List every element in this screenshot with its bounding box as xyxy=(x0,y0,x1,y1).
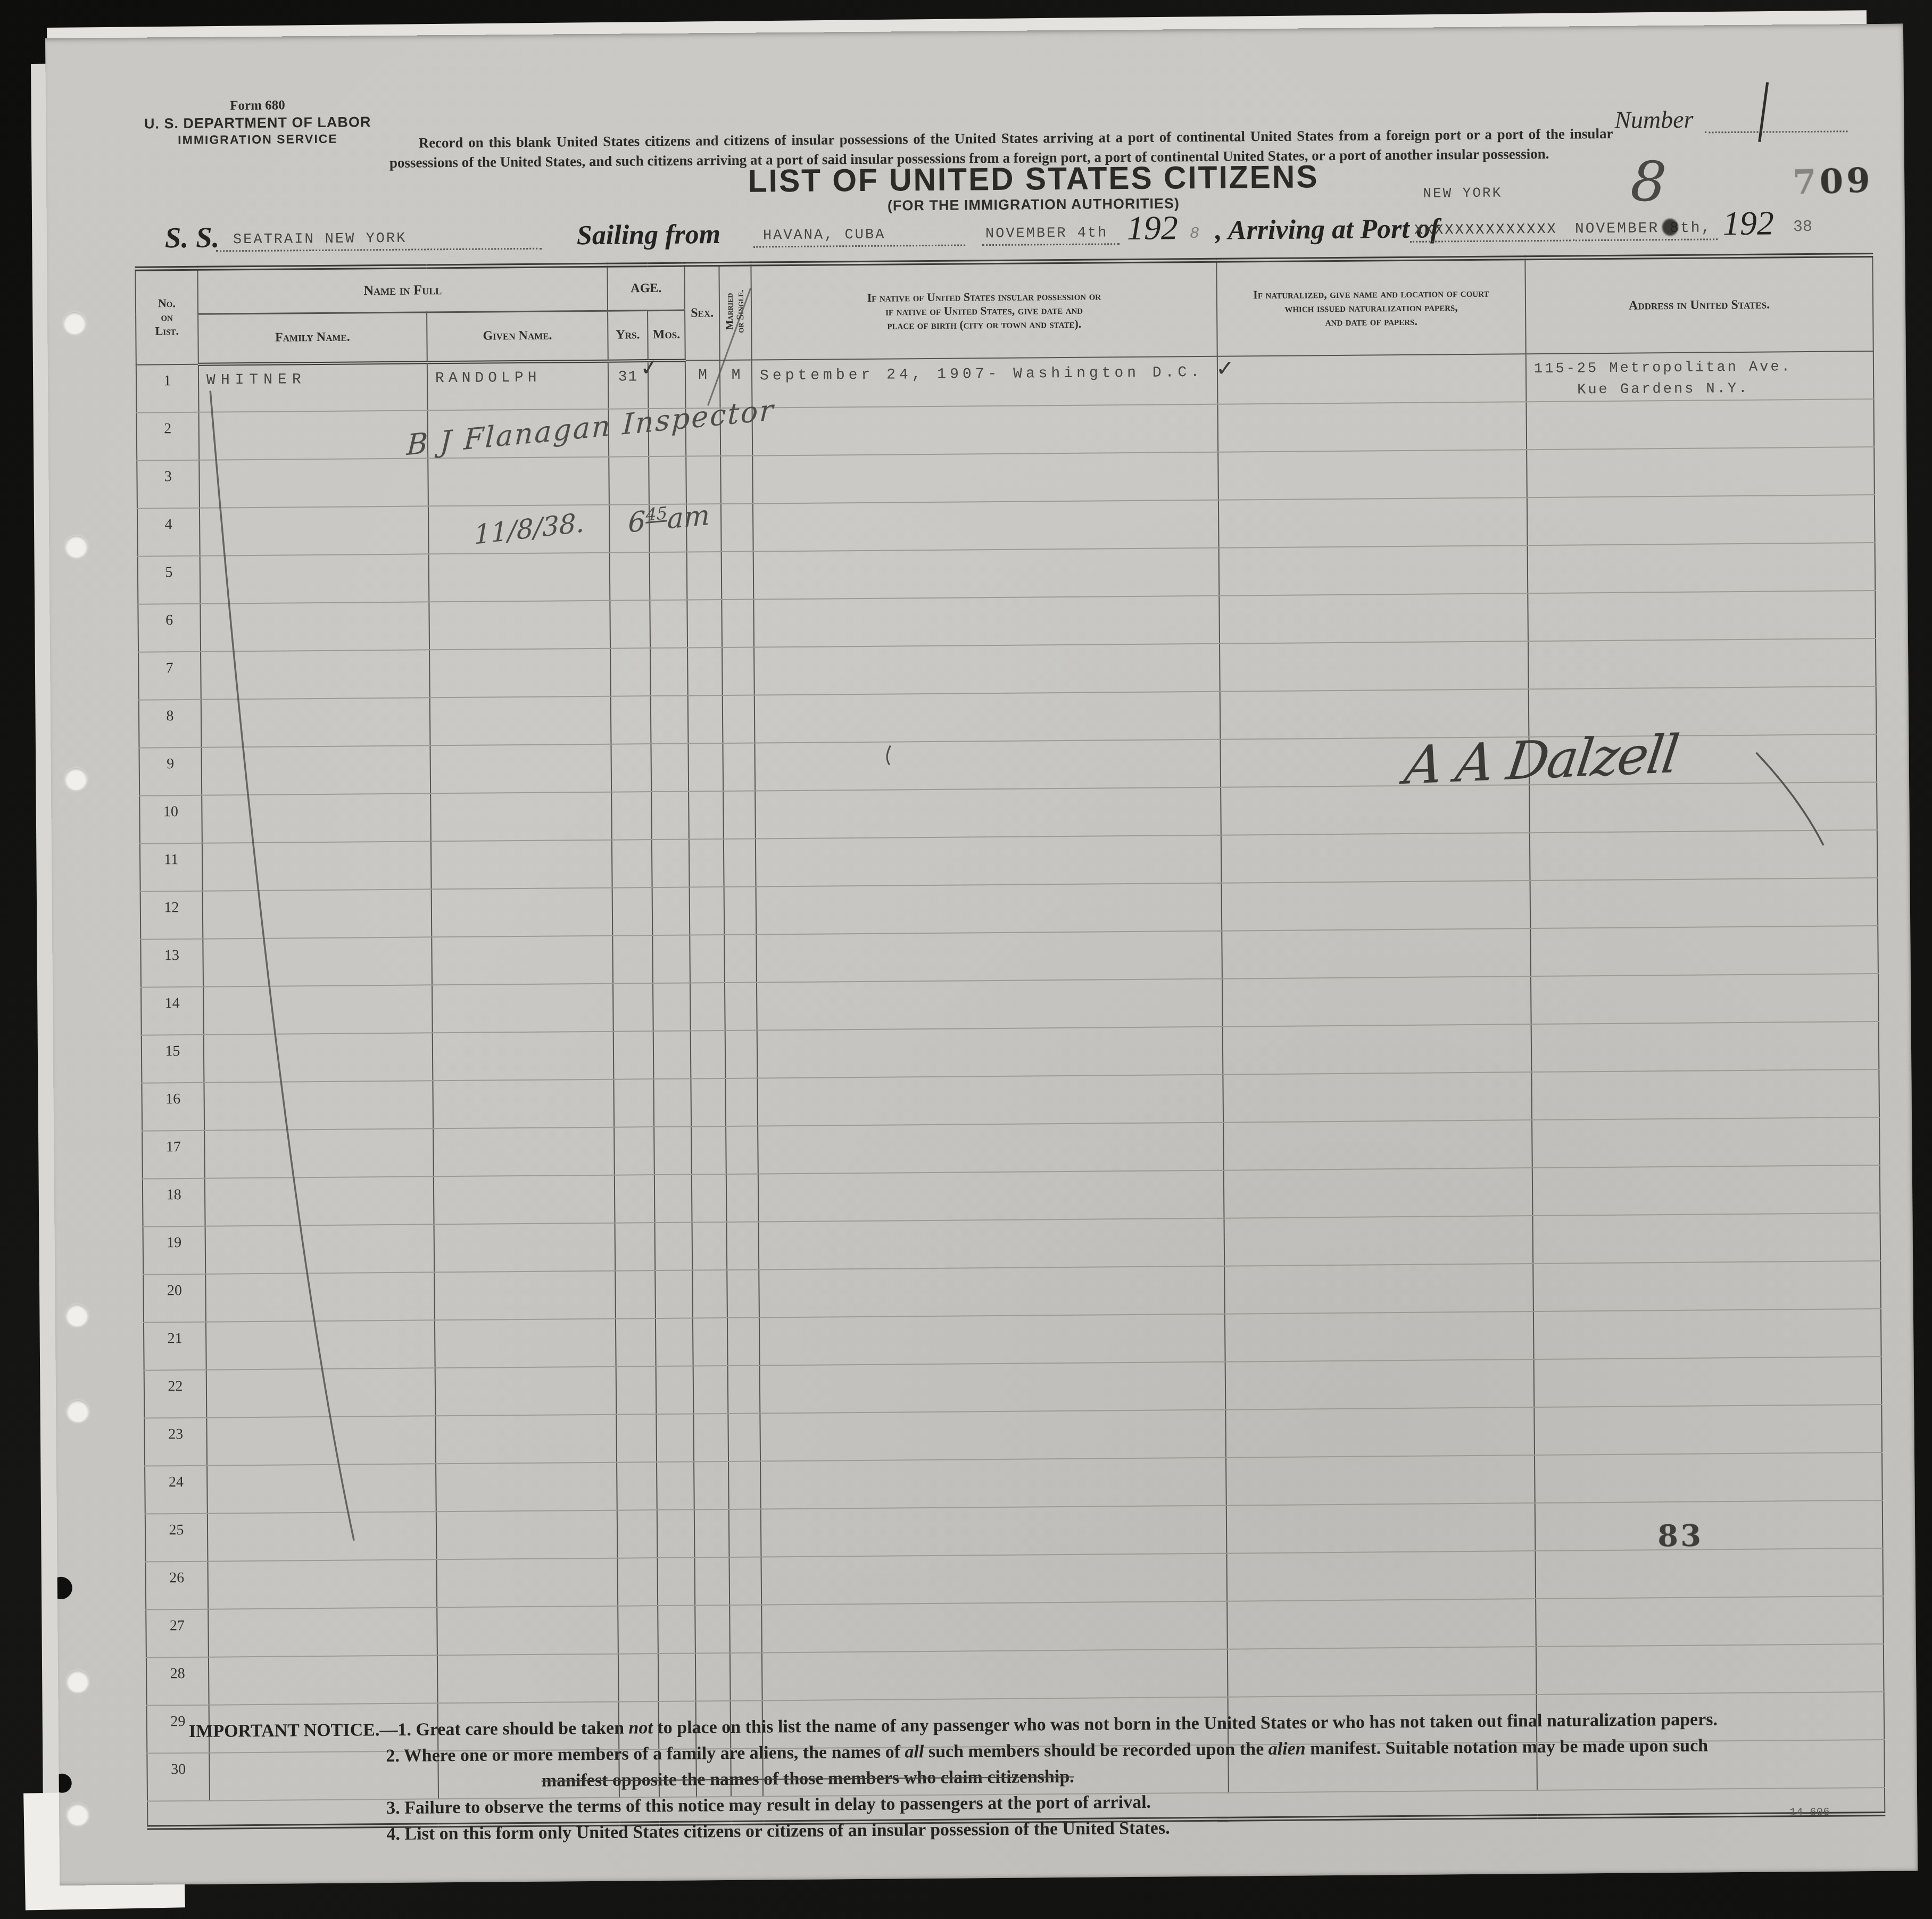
cell-given xyxy=(430,792,612,841)
cell-address xyxy=(1529,782,1877,833)
cell-yrs xyxy=(610,648,651,696)
arrival-date-line: NOVEMBER 8th, xyxy=(1573,211,1718,241)
header-family-name: Family Name. xyxy=(198,312,427,364)
cell-address xyxy=(1532,1117,1880,1167)
cell-sex xyxy=(694,1557,729,1605)
cell-sex xyxy=(692,1270,727,1318)
cell-no: 25 xyxy=(145,1513,208,1561)
cell-birth xyxy=(759,1314,1225,1365)
cell-family xyxy=(202,793,431,843)
cell-naturalization xyxy=(1227,1599,1536,1649)
cell-mos_mark xyxy=(650,647,688,696)
notice-text: 4. List on this form only United States … xyxy=(386,1818,1170,1845)
cell-no: 2 xyxy=(137,412,200,460)
cell-sex xyxy=(687,552,722,600)
cell-family xyxy=(204,1033,433,1082)
cell-yrs xyxy=(616,1414,657,1463)
cell-given xyxy=(429,552,610,602)
notice-text: manifest opposite the names of those mem… xyxy=(542,1767,1074,1791)
cell-mos_mark xyxy=(654,1126,692,1175)
cell-sex xyxy=(690,983,725,1031)
cell-married xyxy=(726,1174,759,1222)
cell-yrs xyxy=(612,887,653,936)
cell-address xyxy=(1536,1596,1884,1646)
cell-married xyxy=(725,1078,758,1126)
cell-family xyxy=(201,697,430,747)
cell-married xyxy=(725,1030,758,1078)
cell-address xyxy=(1531,1021,1879,1071)
cell-birth xyxy=(759,1266,1225,1317)
cell-mos_mark xyxy=(658,1605,695,1654)
cell-no: 5 xyxy=(138,555,201,604)
cell-naturalization xyxy=(1218,450,1527,500)
cell-no: 13 xyxy=(140,938,203,987)
cell-married xyxy=(722,551,754,599)
cell-given xyxy=(437,1654,619,1703)
cell-naturalization xyxy=(1217,402,1527,452)
cell-birth xyxy=(754,691,1221,743)
cell-married xyxy=(724,838,756,886)
cell-family xyxy=(202,841,432,891)
hole-punch xyxy=(67,1670,89,1692)
cell-address xyxy=(1535,1452,1883,1502)
page-title: LIST OF UNITED STATES CITIZENS xyxy=(681,157,1386,200)
hole-punch xyxy=(66,1304,88,1326)
cell-mos_mark xyxy=(651,695,689,744)
cell-given xyxy=(436,1462,617,1511)
cell-family xyxy=(199,410,428,460)
cell-sex xyxy=(691,1031,726,1079)
cell-yrs xyxy=(612,935,653,984)
cell-yrs xyxy=(611,744,651,792)
cell-given xyxy=(435,1366,617,1416)
cell-mos_mark xyxy=(649,456,686,504)
notice-text: 2. Where one or more members of a family… xyxy=(386,1742,905,1766)
cell-address xyxy=(1530,830,1878,880)
number-entry-line xyxy=(1705,108,1847,133)
cell-naturalization xyxy=(1225,1311,1534,1362)
cell-family xyxy=(206,1320,435,1369)
cell-mos_mark xyxy=(655,1222,693,1270)
cell-given xyxy=(436,1510,618,1559)
cell-birth xyxy=(756,883,1222,934)
inspection-time-hour: 6 xyxy=(628,505,646,539)
cell-naturalization xyxy=(1224,1168,1533,1218)
cell-mos_mark xyxy=(654,1174,692,1223)
cell-mos_mark xyxy=(652,839,690,887)
voyage-line: S. S. SEATRAIN NEW YORK Sailing from HAV… xyxy=(47,204,1888,259)
cell-given xyxy=(432,935,613,985)
arrival-date: NOVEMBER 8th, xyxy=(1575,220,1712,237)
cell-no: 17 xyxy=(142,1130,205,1178)
ss-label: S. S. xyxy=(165,220,220,254)
header-mos: Mos. xyxy=(648,310,685,361)
cell-yrs xyxy=(615,1270,656,1319)
cell-naturalization xyxy=(1218,497,1528,548)
cell-birth xyxy=(754,739,1221,791)
cell-no: 1 xyxy=(136,364,199,412)
cell-address xyxy=(1530,878,1878,928)
cell-married xyxy=(729,1557,761,1605)
cell-naturalization xyxy=(1219,593,1528,644)
passenger-table: No. on List. Name in Full AGE. Sex. Marr… xyxy=(135,253,1885,1830)
cell-naturalization xyxy=(1220,641,1529,692)
cell-given xyxy=(433,1127,615,1176)
cell-married xyxy=(726,1126,758,1174)
cell-given xyxy=(437,1606,618,1655)
cell-birth xyxy=(762,1649,1228,1700)
department-name: U. S. DEPARTMENT OF LABOR xyxy=(109,114,407,132)
cell-mos_mark xyxy=(651,743,689,792)
cell-no: 7 xyxy=(138,651,201,700)
cell-family xyxy=(208,1511,437,1561)
cell-birth xyxy=(754,643,1220,695)
header-name-in-full: Name in Full xyxy=(197,265,608,314)
header-no-on-list: No. on List. xyxy=(135,268,198,364)
stamp-digit-faded: 7 xyxy=(1792,162,1820,203)
cell-sex xyxy=(691,1078,726,1127)
cell-mos_mark xyxy=(653,1078,691,1127)
cell-mos_mark xyxy=(653,1031,691,1079)
cell-address xyxy=(1535,1500,1883,1550)
cell-birth xyxy=(759,1218,1225,1269)
cell-given xyxy=(436,1558,618,1607)
ship-name: SEATRAIN NEW YORK xyxy=(233,231,407,248)
cell-sex xyxy=(687,600,722,648)
cell-yrs xyxy=(611,696,651,744)
cell-no: 9 xyxy=(139,747,202,795)
cell-yrs xyxy=(618,1654,659,1702)
page-number-stamp: 709 xyxy=(1792,160,1874,203)
cell-married xyxy=(730,1652,762,1700)
cell-family xyxy=(200,554,429,603)
cell-family xyxy=(201,650,430,699)
cell-address xyxy=(1532,1212,1880,1263)
sailing-from-label: Sailing from xyxy=(577,219,721,251)
cell-birth xyxy=(753,500,1219,551)
cell-married xyxy=(723,791,756,838)
cell-naturalization xyxy=(1225,1407,1535,1458)
cell-birth xyxy=(756,835,1222,886)
notice-text: not xyxy=(628,1718,653,1738)
cell-no: 11 xyxy=(140,843,203,891)
cell-address xyxy=(1535,1548,1883,1598)
cell-given xyxy=(431,840,612,889)
cell-no: 15 xyxy=(142,1034,204,1083)
cell-family xyxy=(201,745,430,795)
cell-sex xyxy=(692,1174,727,1223)
cell-no: 24 xyxy=(145,1465,208,1514)
cell-family xyxy=(199,458,428,508)
cell-mos_mark xyxy=(655,1270,693,1318)
cell-no: 27 xyxy=(146,1609,209,1657)
sailing-date: NOVEMBER 4th xyxy=(985,225,1108,242)
cell-no: 26 xyxy=(145,1561,208,1609)
cell-naturalization xyxy=(1223,1024,1532,1075)
cell-naturalization xyxy=(1221,833,1530,883)
cell-yrs xyxy=(613,983,653,1032)
cell-birth xyxy=(757,1074,1223,1126)
cell-family xyxy=(206,1368,436,1417)
cell-mos_mark: ✓ xyxy=(648,360,686,409)
cell-address xyxy=(1531,1069,1879,1119)
cell-mos_mark xyxy=(658,1653,696,1701)
cell-yrs xyxy=(614,1127,654,1175)
cell-married xyxy=(722,647,754,695)
cell-mos_mark xyxy=(656,1414,694,1462)
form-identification: Form 680 U. S. DEPARTMENT OF LABOR IMMIG… xyxy=(109,97,407,148)
header-yrs: Yrs. xyxy=(608,311,648,361)
cell-given: RANDOLPH xyxy=(427,361,609,410)
ink-blot xyxy=(1662,219,1678,236)
cell-birth xyxy=(752,452,1218,503)
cell-family xyxy=(203,985,433,1034)
cell-no: 28 xyxy=(146,1657,209,1705)
cell-given xyxy=(433,1079,614,1128)
cell-birth xyxy=(757,1026,1223,1078)
cell-mos_mark xyxy=(651,791,689,840)
cell-naturalization xyxy=(1219,545,1528,596)
cell-sex xyxy=(688,743,723,792)
cell-naturalization xyxy=(1224,1216,1533,1266)
cell-yrs xyxy=(617,1462,657,1510)
cell-mos_mark xyxy=(650,552,687,600)
cell-yrs xyxy=(616,1366,657,1415)
notice-text: such members should be recorded upon the xyxy=(924,1739,1268,1762)
cell-address xyxy=(1536,1643,1884,1694)
cell-yrs xyxy=(617,1510,658,1558)
cell-no: 12 xyxy=(140,891,203,939)
cell-given xyxy=(434,1270,616,1320)
cell-address xyxy=(1527,495,1875,545)
cell-birth xyxy=(753,547,1220,599)
cell-yrs xyxy=(609,456,649,505)
cell-yrs xyxy=(616,1318,656,1367)
cell-given xyxy=(434,1223,616,1272)
service-name: IMMIGRATION SERVICE xyxy=(109,131,407,148)
cell-family xyxy=(206,1416,436,1465)
inspection-time-suffix: am xyxy=(667,500,710,536)
cell-married xyxy=(727,1222,759,1269)
cell-yrs xyxy=(615,1175,655,1223)
cell-no: 4 xyxy=(137,508,200,556)
cell-sex xyxy=(695,1652,731,1701)
cell-address xyxy=(1528,591,1876,641)
cell-naturalization xyxy=(1224,1264,1533,1314)
cell-mos_mark xyxy=(653,983,691,1031)
cell-no: 10 xyxy=(139,795,202,843)
cell-mos_mark xyxy=(650,600,687,648)
cell-given xyxy=(433,1031,614,1081)
cell-mos_mark xyxy=(652,887,690,935)
cell-married xyxy=(729,1509,761,1557)
notice-text: 3. Failure to observe the terms of this … xyxy=(386,1792,1151,1818)
cell-birth xyxy=(761,1601,1228,1652)
cell-given xyxy=(435,1414,617,1464)
cell-naturalization xyxy=(1222,880,1531,931)
cell-naturalization xyxy=(1226,1503,1536,1554)
sailing-port: HAVANA, CUBA xyxy=(763,227,886,244)
cell-mos_mark xyxy=(657,1557,695,1606)
cell-given xyxy=(435,1318,616,1368)
cell-address xyxy=(1528,543,1876,593)
cell-sex xyxy=(694,1461,729,1509)
hole-punch xyxy=(65,768,87,790)
cell-family xyxy=(203,889,432,938)
cell-sex xyxy=(693,1366,728,1414)
cell-given xyxy=(434,1175,615,1224)
cell-no: 19 xyxy=(143,1226,206,1274)
cell-naturalization xyxy=(1226,1455,1535,1506)
cell-address: 115-25 Metropolitan Ave. Kue Gardens N.Y… xyxy=(1526,351,1874,402)
cell-given xyxy=(430,696,611,745)
cell-family: WHITNER xyxy=(198,362,428,412)
hole-punch xyxy=(65,535,87,558)
cell-birth: September 24, 1907- Washington D.C. ✓ xyxy=(752,356,1218,408)
cell-no: 14 xyxy=(141,986,204,1035)
cell-yrs xyxy=(613,1031,654,1079)
cell-given xyxy=(429,600,610,650)
cell-birth xyxy=(752,404,1218,455)
cell-sex xyxy=(689,791,724,840)
cell-family xyxy=(204,1128,434,1178)
cell-no: 23 xyxy=(144,1417,207,1466)
cell-sex xyxy=(693,1318,728,1366)
header-sex: Sex. xyxy=(684,264,719,361)
cell-naturalization xyxy=(1217,354,1527,404)
cell-given xyxy=(429,648,611,697)
cell-yrs xyxy=(618,1606,658,1654)
table-body: 1WHITNERRANDOLPH31✓MMSeptember 24, 1907-… xyxy=(136,351,1885,1827)
cell-family xyxy=(203,937,432,986)
cell-address xyxy=(1533,1308,1881,1359)
cell-married xyxy=(729,1605,762,1652)
hole-punch xyxy=(63,312,86,334)
cell-naturalization xyxy=(1223,1120,1532,1170)
cell-address xyxy=(1534,1404,1882,1455)
cell-mos_mark xyxy=(657,1509,695,1558)
cell-address xyxy=(1532,1165,1880,1215)
cell-yrs xyxy=(612,840,652,888)
arrival-port-line: XXXXXXXXXXXXXX NEW YORK xyxy=(1410,212,1571,242)
notice-text: manifest. Suitable notation may be made … xyxy=(1305,1736,1708,1759)
cell-yrs xyxy=(611,792,652,840)
cell-sex xyxy=(689,839,724,887)
cell-given xyxy=(432,887,613,937)
arrival-year-typed: 38 xyxy=(1793,218,1812,236)
notice-text: alien xyxy=(1268,1739,1306,1759)
cell-family xyxy=(207,1464,436,1513)
cell-family xyxy=(205,1272,435,1322)
cell-yrs xyxy=(617,1558,658,1606)
cell-married xyxy=(728,1461,761,1509)
cell-birth xyxy=(760,1409,1226,1461)
stamp-83: 83 xyxy=(1657,1518,1703,1554)
cell-birth xyxy=(761,1505,1227,1557)
cell-yrs xyxy=(615,1223,656,1271)
header-married-or-single: Married or Single. xyxy=(719,264,751,360)
ship-name-line: SEATRAIN NEW YORK xyxy=(216,220,542,252)
cell-birth xyxy=(761,1553,1227,1605)
cell-sex xyxy=(690,935,725,983)
cell-sex xyxy=(688,695,723,744)
cell-sex xyxy=(695,1605,730,1653)
cell-married xyxy=(725,982,757,1030)
cell-family xyxy=(204,1081,433,1130)
cell-naturalization xyxy=(1225,1359,1535,1410)
cell-sex xyxy=(690,887,725,935)
notice-text: all xyxy=(905,1742,924,1762)
cell-given xyxy=(428,456,609,506)
cell-naturalization xyxy=(1228,1647,1537,1697)
cell-birth xyxy=(757,978,1223,1030)
pen-checkmark: ✓ xyxy=(1216,355,1239,381)
cell-birth xyxy=(760,1457,1226,1509)
cell-birth xyxy=(756,931,1222,982)
cell-no: 8 xyxy=(139,699,202,747)
header-naturalized: If naturalized, give name and location o… xyxy=(1216,258,1525,356)
cell-given xyxy=(430,744,611,793)
cell-no: 22 xyxy=(144,1369,207,1418)
cell-address xyxy=(1533,1260,1881,1311)
cell-birth xyxy=(758,1170,1224,1222)
cell-address xyxy=(1528,638,1876,689)
cell-married xyxy=(728,1413,760,1461)
cell-birth xyxy=(755,787,1221,838)
header-birth: If native of United States insular posse… xyxy=(751,260,1217,360)
cell-married xyxy=(721,503,753,551)
cell-birth xyxy=(753,595,1220,647)
table-header: No. on List. Name in Full AGE. Sex. Marr… xyxy=(135,255,1873,365)
sailing-year-printed: 192 xyxy=(1127,208,1179,248)
cell-sex xyxy=(694,1509,729,1557)
cell-family xyxy=(200,602,429,651)
hole-punch xyxy=(67,1803,89,1825)
cell-mos_mark xyxy=(652,935,690,983)
header-age: AGE. xyxy=(607,264,685,311)
cell-address xyxy=(1526,399,1874,450)
cell-sex xyxy=(686,456,721,504)
cell-yrs xyxy=(610,600,650,649)
cell-birth xyxy=(758,1122,1224,1174)
pen-checkmark: ✓ xyxy=(640,361,659,374)
arrival-port-crossed-out: XXXXXXXXXXXXXX xyxy=(1414,222,1557,239)
official-signature: A A Dalzell xyxy=(1401,724,1681,797)
cell-no: 20 xyxy=(143,1274,206,1322)
cell-mos_mark xyxy=(657,1461,694,1510)
cell-sex xyxy=(692,1222,727,1270)
cell-family xyxy=(209,1655,438,1705)
cell-naturalization xyxy=(1226,1551,1536,1601)
cell-sex xyxy=(693,1414,728,1462)
cell-no: 6 xyxy=(138,603,201,652)
arrival-year-printed: 192 xyxy=(1723,203,1775,243)
cell-yrs xyxy=(610,552,650,601)
cell-given xyxy=(432,983,613,1033)
cell-married xyxy=(720,455,753,503)
sailing-year-typed: 8 xyxy=(1190,225,1199,243)
stamp-digits: 09 xyxy=(1819,160,1874,202)
header-address: Address in United States. xyxy=(1525,255,1873,354)
cell-married xyxy=(722,599,754,647)
cell-married xyxy=(723,743,755,791)
header-given-name: Given Name. xyxy=(427,311,608,362)
arrival-port-corrected: NEW YORK xyxy=(1423,185,1502,202)
sailing-port-line: HAVANA, CUBA xyxy=(753,217,965,247)
notice-text: IMPORTANT NOTICE.—1. Great care should b… xyxy=(189,1718,629,1741)
cell-naturalization xyxy=(1220,689,1529,740)
cell-yrs xyxy=(613,1079,654,1127)
